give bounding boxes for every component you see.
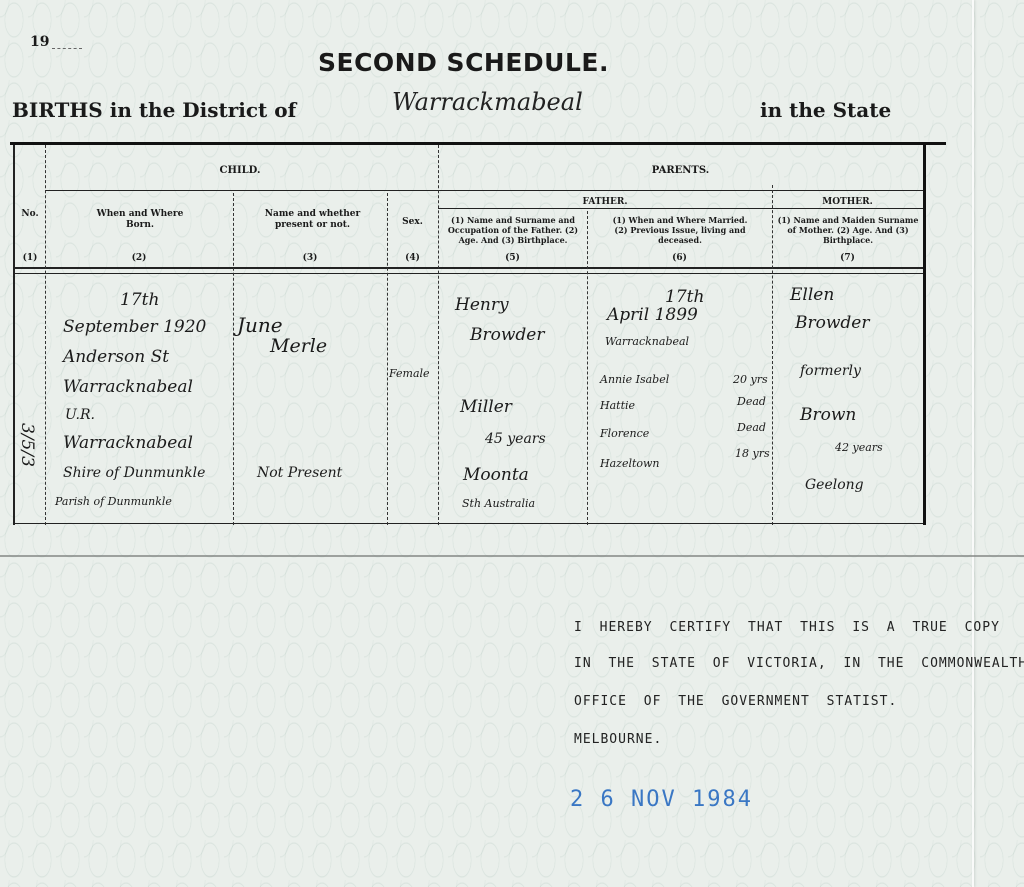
col-header-no: No. xyxy=(15,209,45,220)
certification-line-2: IN THE STATE OF VICTORIA, IN THE COMMONW… xyxy=(574,656,1024,671)
page-title: SECOND SCHEDULE. xyxy=(318,48,609,77)
child-group-header: CHILD. xyxy=(45,165,435,176)
marriage-place: Warracknabeal xyxy=(605,335,689,348)
issue-2-status: Dead xyxy=(737,395,766,408)
child-presence: Not Present xyxy=(257,465,342,481)
issue-3-name: Florence xyxy=(600,427,649,440)
born-day: 17th xyxy=(120,290,159,310)
col-divider-3 xyxy=(387,193,388,525)
register-table: CHILD. PARENTS. FATHER. MOTHER. No. (1) … xyxy=(13,145,926,525)
issue-1-name: Annie Isabel xyxy=(600,373,669,386)
fold-crease-horizontal xyxy=(0,555,1024,557)
father-surname: Browder xyxy=(470,325,544,345)
col-num-7: (7) xyxy=(772,253,923,264)
col-divider-1 xyxy=(45,145,46,525)
marriage-day: 17th xyxy=(665,287,704,307)
col-header-when-where-born: When and Where Born. xyxy=(85,209,195,231)
date-stamp: 2 6 NOV 1984 xyxy=(570,787,753,812)
father-group-header: FATHER. xyxy=(438,197,772,208)
col-divider-6 xyxy=(772,185,773,525)
year-blank-line xyxy=(52,48,82,49)
col-num-2: (2) xyxy=(45,253,233,264)
father-first-name: Henry xyxy=(455,295,509,315)
parent-subgroup-divider xyxy=(438,208,923,209)
col-header-marriage: (1) When and Where Married. (2) Previous… xyxy=(605,215,755,245)
certification-line-3: OFFICE OF THE GOVERNMENT STATIST. xyxy=(574,694,897,709)
col-num-4: (4) xyxy=(387,253,438,264)
col-header-name: Name and whether present or not. xyxy=(255,209,370,231)
fold-crease-vertical xyxy=(972,0,974,887)
child-first-name: June xyxy=(237,313,283,337)
certification-line-4: MELBOURNE. xyxy=(574,732,662,747)
header-bottom-rule xyxy=(15,267,923,269)
district-value: Warrackmabeal xyxy=(392,88,583,116)
col-divider-2 xyxy=(233,193,234,525)
col-header-sex: Sex. xyxy=(387,217,438,228)
group-divider xyxy=(45,190,923,191)
state-label: in the State xyxy=(760,98,891,122)
mother-birthplace: Geelong xyxy=(805,477,864,493)
father-birthplace-state: Sth Australia xyxy=(462,497,535,510)
born-town-2: Warracknabeal xyxy=(63,433,193,453)
born-street: Anderson St xyxy=(63,347,169,367)
header-bottom-rule-2 xyxy=(15,273,923,274)
mother-first-name: Ellen xyxy=(790,285,834,305)
marriage-month-year: April 1899 xyxy=(607,305,698,325)
born-parish: Parish of Dunmunkle xyxy=(55,495,172,508)
issue-4-status: 18 yrs xyxy=(735,447,770,460)
issue-3-status: Dead xyxy=(737,421,766,434)
child-sex: Female xyxy=(389,367,430,380)
births-district-label: BIRTHS in the District of xyxy=(12,98,296,122)
col-header-father: (1) Name and Surname and Occupation of t… xyxy=(440,215,586,245)
mother-age: 42 years xyxy=(835,441,883,454)
born-shire: Shire of Dunmunkle xyxy=(63,465,205,481)
father-age: 45 years xyxy=(485,431,546,447)
col-header-mother: (1) Name and Maiden Surname of Mother. (… xyxy=(774,215,922,245)
issue-4-name: Hazeltown xyxy=(600,457,660,470)
col-num-6: (6) xyxy=(587,253,772,264)
col-num-1: (1) xyxy=(15,253,45,264)
table-bottom-rule xyxy=(15,523,923,524)
col-num-5: (5) xyxy=(438,253,587,264)
father-birthplace: Moonta xyxy=(463,465,529,485)
born-town: Warracknabeal xyxy=(63,377,193,397)
mother-formerly: formerly xyxy=(800,363,861,379)
child-middle-name: Merle xyxy=(270,335,327,357)
issue-1-status: 20 yrs xyxy=(733,373,768,386)
born-month-year: September 1920 xyxy=(63,317,206,337)
parents-group-header: PARENTS. xyxy=(438,165,923,176)
father-occupation: Miller xyxy=(460,397,512,417)
born-ur: U.R. xyxy=(65,407,95,423)
issue-2-name: Hattie xyxy=(600,399,635,412)
mother-married-surname: Browder xyxy=(795,313,869,333)
col-num-3: (3) xyxy=(233,253,387,264)
certification-line-1: I HEREBY CERTIFY THAT THIS IS A TRUE COP… xyxy=(574,620,1000,635)
year-prefix: 19 xyxy=(30,34,49,50)
mother-group-header: MOTHER. xyxy=(772,197,923,208)
mother-maiden-surname: Brown xyxy=(800,405,856,425)
entry-number: 3/5/3 xyxy=(17,423,37,467)
